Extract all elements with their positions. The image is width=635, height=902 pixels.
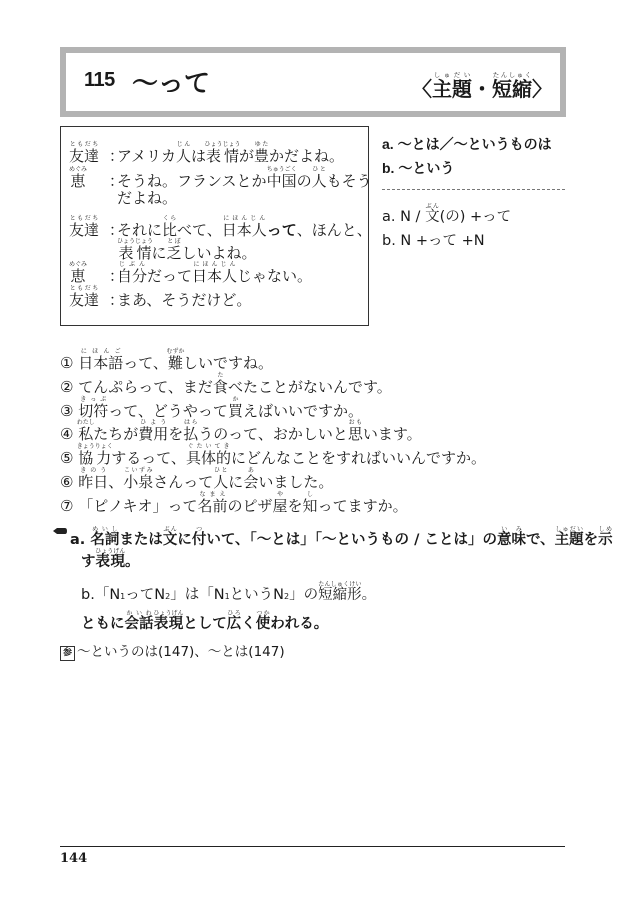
text-segment: を — [584, 532, 599, 548]
text-segment: というN — [230, 587, 284, 603]
example-number: ② — [60, 378, 78, 396]
text-segment: って、 — [123, 354, 168, 372]
text-segment: って、どうやって — [108, 402, 228, 420]
text-segment: てんぷらって、まだ — [78, 378, 213, 396]
lesson-title-frame: 115 ～って 〈主題しゅだい・短縮たんしゅく〉 — [60, 47, 566, 117]
speaker-name: 恵めぐみ — [69, 166, 109, 189]
dialogue-line: 表情ひょうじょうに乏とぼしいよね。 — [69, 238, 257, 261]
ruby-word: 付つ — [192, 532, 207, 548]
ruby-word: 広ひろ — [227, 616, 242, 632]
ruby-word: 表情ひょうじょう — [206, 147, 239, 165]
dialogue-box: 友達ともだち：アメリカ人じんは表情ひょうじょうが豊ゆたかだよね。恵めぐみ：そうね… — [60, 126, 369, 326]
ruby-word: 払はら — [183, 425, 198, 443]
text-segment: または — [119, 532, 163, 548]
text-segment: うのって、おかしいと — [198, 425, 348, 443]
meaning-b: b. ～という — [382, 158, 454, 178]
footer-rule — [60, 846, 565, 847]
text-segment: に — [152, 244, 167, 262]
text-segment: の — [297, 172, 312, 190]
lesson-category: 〈主題しゅだい・短縮たんしゅく〉 — [412, 71, 552, 102]
ruby-word: 使つか — [256, 616, 271, 632]
ruby-word: 切符きっぷ — [78, 402, 108, 420]
speaker-colon: ： — [109, 174, 117, 189]
ruby-word: 会あ — [243, 473, 258, 491]
text-segment: にどんなことをすればいいんですか。 — [231, 449, 486, 467]
text-segment: かだよね。 — [269, 147, 344, 165]
form-a: a. N / 文ぶん(の) +って — [382, 203, 511, 226]
text-segment: たちが — [93, 425, 138, 443]
ruby-word: 日本語にほんご — [78, 354, 123, 372]
text-segment: さんって — [153, 473, 213, 491]
text-segment: だって — [147, 267, 192, 285]
text-segment: それに — [117, 221, 162, 239]
speaker-colon: ： — [109, 293, 117, 308]
text-segment: で、 — [526, 532, 555, 548]
ruby-word: 表現ひょうげん — [154, 616, 184, 632]
text-segment: 「ピノキオ」って — [78, 497, 197, 515]
ruby-word: 意味いみ — [497, 532, 526, 548]
dialogue-line: 友達ともだち：それに比くらべて、日本人にほんじんって、ほんと、 — [69, 215, 372, 238]
meaning-a: a. ～とは／～というものは — [382, 134, 552, 154]
text-segment: く — [241, 616, 256, 632]
speaker-colon: ： — [109, 149, 117, 164]
dialogue-line: 友達ともだち：まあ、そうだけど。 — [69, 285, 251, 308]
speaker-name: 恵めぐみ — [69, 261, 109, 284]
example-number: ⑥ — [60, 473, 78, 491]
speaker-colon: ： — [109, 223, 117, 238]
text-segment: a. — [70, 532, 90, 548]
ruby-word: 短縮形たんしゅくけい — [318, 587, 362, 603]
text-segment: に — [177, 532, 192, 548]
example-sentence: ④ 私わたしたちが費用ひようを払はらうのって、おかしいと思おもいます。 — [60, 419, 422, 442]
ruby-word: 比くら — [162, 221, 177, 239]
ruby-word: 小泉こいずみ — [123, 473, 153, 491]
example-sentence: ① 日本語にほんごって、難むずかしいですね。 — [60, 348, 273, 371]
lesson-pattern: ～って — [132, 63, 210, 100]
text-segment: そうね。フランスとか — [117, 172, 267, 190]
ruby-word: 屋や — [273, 497, 288, 515]
text-segment: います。 — [363, 425, 422, 443]
example-sentence: ⑤ 協力きょうりょくするって、具体的ぐたいてきにどんなことをすればいいんですか。 — [60, 443, 486, 466]
text-segment: もそう — [327, 172, 372, 190]
ruby-word: 日本人にほんじん — [222, 221, 267, 239]
note-a-line1: a. 名詞めいしまたは文ぶんに付ついて、「～とは」「～というもの / ことは」の… — [70, 526, 613, 548]
ruby-word: 具体的ぐたいてき — [186, 449, 231, 467]
text-segment: b.「N — [81, 587, 120, 603]
text-segment: す — [81, 554, 96, 570]
text-segment: ってN — [125, 587, 165, 603]
ruby-word: 自分じぶん — [117, 267, 147, 285]
text-segment: 。 — [125, 554, 140, 570]
ruby-word: 日本人にほんじん — [192, 267, 237, 285]
example-sentence: ⑥ 昨日きのう、小泉こいずみさんって人ひとに会あいました。 — [60, 467, 333, 490]
ruby-word: 文ぶん — [163, 532, 178, 548]
example-number: ⑦ — [60, 497, 78, 515]
example-sentence: ③ 切符きっぷって、どうやって買かえばいいですか。 — [60, 396, 363, 419]
note-b-line2: ともに会話かいわ表現ひょうげんとして広ひろく使つかわれる。 — [81, 610, 328, 632]
reference-icon: 参 — [60, 646, 75, 661]
text-segment: 」の — [289, 587, 318, 603]
ruby-word: 協力きょうりょく — [78, 449, 111, 467]
note-b-line1: b.「N1ってN2」は「N1というN2」の短縮形たんしゅくけい。 — [81, 581, 376, 604]
text-segment: 、 — [108, 473, 123, 491]
ruby-word: 人ひと — [312, 172, 327, 190]
text-segment: として — [183, 616, 227, 632]
text-segment: まあ、そうだけど。 — [117, 291, 251, 309]
dialogue-line: 恵めぐみ：自分じぶんだって日本人にほんじんじゃない。 — [69, 261, 312, 284]
ruby-word: 難むずか — [168, 354, 183, 372]
page-number: 144 — [60, 851, 87, 866]
text-segment: べたことがないんです。 — [228, 378, 392, 396]
example-sentence: ② てんぷらって、まだ食たべたことがないんです。 — [60, 372, 392, 395]
ruby-word: 示しめ — [598, 532, 613, 548]
text-segment: が — [239, 147, 254, 165]
ruby-word: 名前なまえ — [197, 497, 227, 515]
text-segment: だよね。 — [117, 189, 177, 207]
text-segment: を — [168, 425, 183, 443]
ruby-word: 食た — [213, 378, 228, 396]
speaker-name: 友達ともだち — [69, 141, 109, 164]
example-number: ③ — [60, 402, 78, 420]
ruby-word: 中国ちゅうごく — [267, 172, 297, 190]
text-segment: ってますか。 — [318, 497, 408, 515]
text-segment: えばいいですか。 — [243, 402, 363, 420]
dialogue-line: 恵めぐみ：そうね。フランスとか中国ちゅうごくの人ひともそう — [69, 166, 372, 189]
text-segment: いて、「～とは」「～というもの / ことは」の — [206, 532, 497, 548]
ruby-word: 費用ひよう — [138, 425, 168, 443]
ruby-word: 人ひと — [213, 473, 228, 491]
dashed-divider — [382, 189, 565, 190]
text-segment: のピザ — [228, 497, 273, 515]
reference-text: ～というのは(147)、～とは(147) — [77, 645, 285, 660]
example-sentence: ⑦ 「ピノキオ」って名前なまえのピザ屋やを知しってますか。 — [60, 491, 408, 514]
ruby-word: 私わたし — [78, 425, 93, 443]
text-segment: って — [267, 221, 297, 239]
example-number: ④ — [60, 425, 78, 443]
ruby-word: 名詞めいし — [90, 532, 119, 548]
text-segment: に — [228, 473, 243, 491]
text-segment: するって、 — [111, 449, 186, 467]
ruby-word: 表情ひょうじょう — [117, 244, 152, 262]
dialogue-line: だよね。 — [69, 191, 177, 206]
ruby-word: 知し — [303, 497, 318, 515]
speaker-colon: ： — [109, 269, 117, 284]
ruby-word: 表現ひょうげん — [96, 554, 126, 570]
speaker-name: 友達ともだち — [69, 285, 109, 308]
speaker-name: 友達ともだち — [69, 215, 109, 238]
text-segment: じゃない。 — [237, 267, 312, 285]
text-segment: 、ほんと、 — [297, 221, 372, 239]
ruby-word: 会話かいわ — [125, 616, 154, 632]
lesson-number: 115 — [84, 69, 115, 92]
ruby-word: 思おも — [348, 425, 363, 443]
text-segment: ともに — [81, 616, 125, 632]
form-b: b. N +って +N — [382, 229, 485, 250]
text-segment: 」は「N — [170, 587, 224, 603]
text-segment: を — [288, 497, 303, 515]
text-segment: しいですね。 — [183, 354, 273, 372]
text-segment: われる。 — [270, 616, 328, 632]
ruby-word: 昨日きのう — [78, 473, 108, 491]
text-segment: べて、 — [177, 221, 222, 239]
example-number: ① — [60, 354, 78, 372]
text-segment: しいよね。 — [182, 244, 257, 262]
note-a-line2: す表現ひょうげん。 — [81, 548, 140, 570]
text-segment: アメリカ — [117, 147, 176, 165]
ruby-word: 人じん — [176, 147, 191, 165]
pencil-pointer-icon — [53, 527, 67, 535]
text-segment: いました。 — [258, 473, 333, 491]
text-segment: 。 — [362, 587, 377, 603]
dialogue-line: 友達ともだち：アメリカ人じんは表情ひょうじょうが豊ゆたかだよね。 — [69, 141, 344, 164]
ruby-word: 主題しゅだい — [555, 532, 584, 548]
ruby-word: 豊ゆた — [254, 147, 269, 165]
ruby-word: 買か — [228, 402, 243, 420]
example-number: ⑤ — [60, 449, 78, 467]
ruby-word: 乏とぼ — [167, 244, 182, 262]
